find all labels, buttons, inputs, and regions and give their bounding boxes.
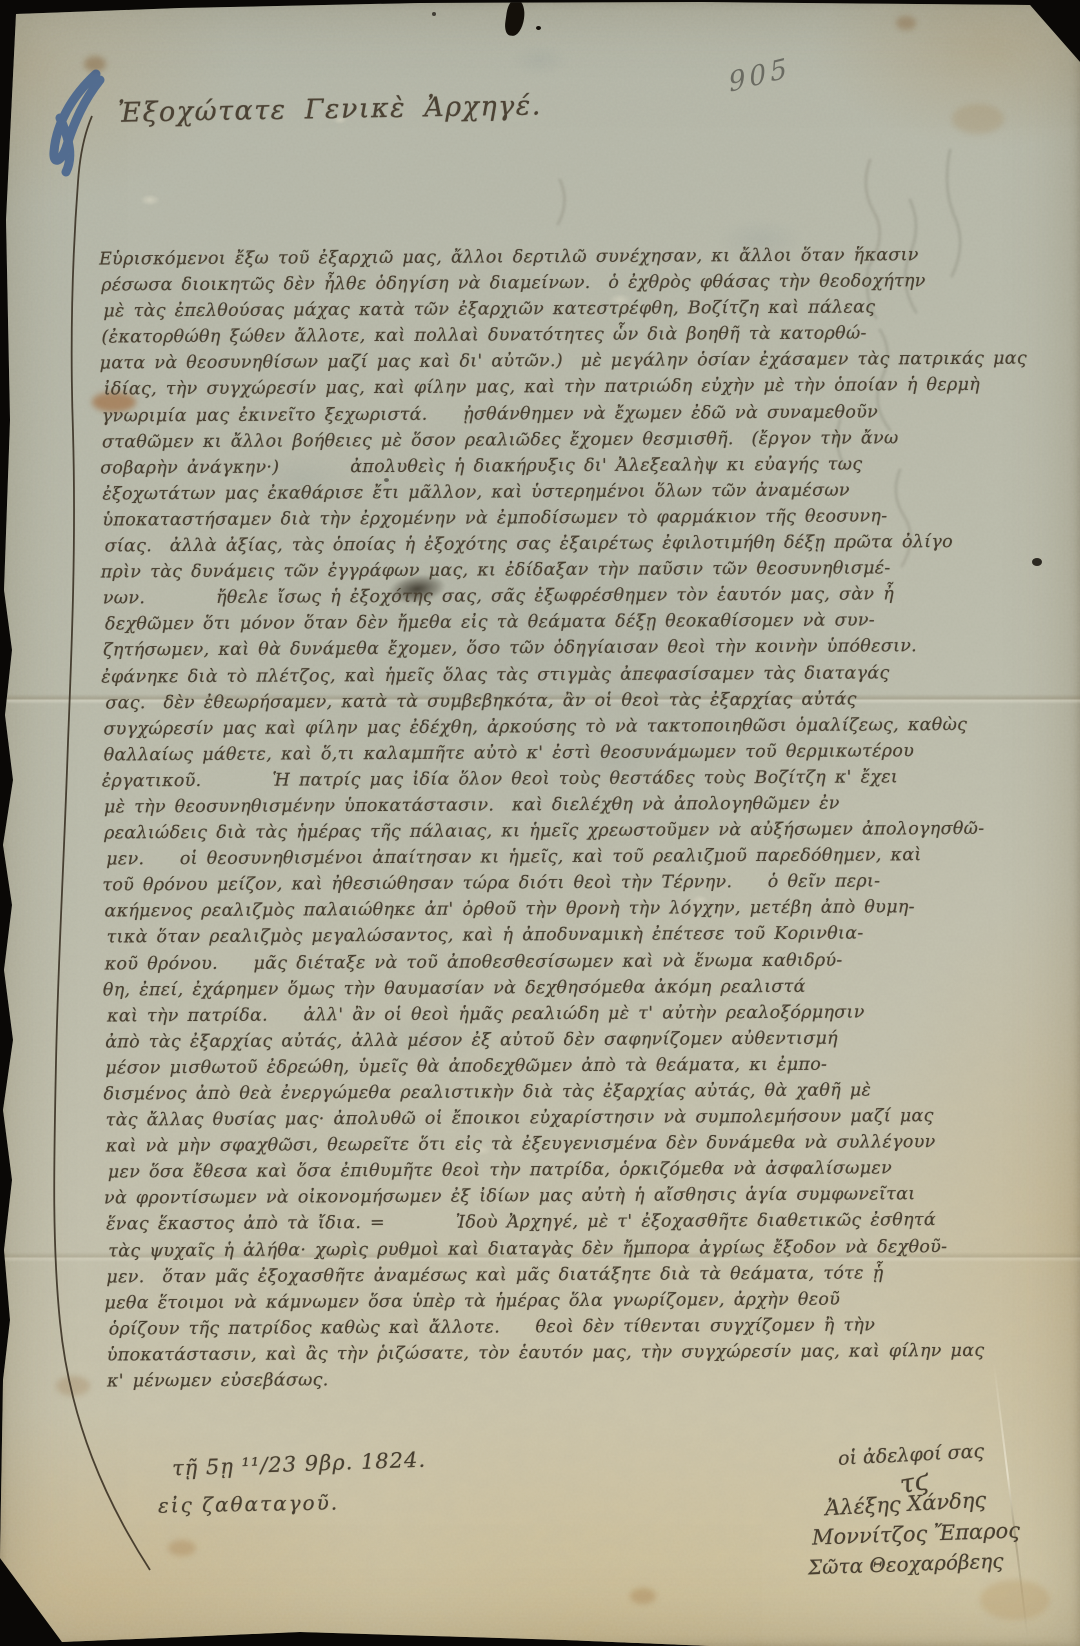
stain (168, 1540, 196, 1556)
manuscript-line: μὲ τὰς ἐπελθούσας μάχας κατὰ τῶν ἐξαρχιῶ… (103, 294, 1048, 325)
archive-number: 905 (727, 52, 792, 99)
manuscript-line: τικὰ ὅταν ρεαλιζμὸς μεγαλώσαντος, καὶ ἡ … (107, 920, 1052, 951)
manuscript-line: σοβαρὴν ἀνάγκην·) ἀπολυθεὶς ἡ διακήρυξις… (100, 450, 1045, 481)
manuscript-line: τὰς ψυχαῖς ἡ ἀλήθα· χωρὶς ρυθμοὶ καὶ δια… (108, 1233, 1053, 1264)
stain (630, 1588, 656, 1604)
manuscript-line: κ' μένωμεν εὐσεβάσως. (107, 1364, 1052, 1395)
diagonal-crease (993, 1363, 1029, 1641)
manuscript-line: ἐργατικοῦ. Ἡ πατρίς μας ἰδία ὅλον θεοὶ τ… (102, 763, 1047, 794)
manuscript-line: τοῦ θρόνου μείζον, καὶ ἠθεσιώθησαν τώρα … (102, 868, 1047, 899)
manuscript-line: νὰ φροντίσωμεν νὰ οἰκονομήσωμεν ἐξ ἰδίων… (104, 1181, 1049, 1212)
letter-body: Εὑρισκόμενοι ἔξω τοῦ ἐξαρχιῶ μας, ἄλλοι … (101, 242, 1052, 1395)
place-line: εἰς ζαθαταγοῦ. (158, 1490, 340, 1517)
ink-speck (536, 26, 541, 30)
stain (980, 1580, 1050, 1620)
manuscript-line: δισμένος ἀπὸ θεὰ ἐνεργώμεθα ρεαλιστικὴν … (103, 1077, 1048, 1108)
manuscript-line: καὶ τὴν πατρίδα. ἀλλ' ἂν οἱ θεοὶ ἡμᾶς ρε… (107, 998, 1052, 1029)
signature-intro: οἱ ἀδελφοί σας (838, 1440, 985, 1470)
salutation: Ἐξοχώτατε Γενικὲ Ἀρχηγέ. (118, 90, 542, 128)
signature: Μοννίτζος Ἔπαρος (812, 1518, 1021, 1549)
ink-speck (432, 12, 436, 16)
manuscript-line: ἰδίας, τὴν συγχώρεσίν μας, καὶ φίλην μας… (104, 372, 1049, 403)
stain (952, 104, 1004, 134)
manuscript-line: Εὑρισκόμενοι ἔξω τοῦ ἐξαρχιῶ μας, ἄλλοι … (99, 242, 1044, 273)
signature: Σῶτα Θεοχαρόβεης (808, 1549, 1004, 1580)
manuscript-line: σας. δὲν ἐθεωρήσαμεν, κατὰ τὰ συμβεβηκότ… (105, 685, 1050, 716)
ink-blot (504, 0, 527, 37)
stain (896, 16, 916, 30)
manuscript-line: δεχθῶμεν ὅτι μόνον ὅταν δὲν ἤμεθα εἰς τὰ… (105, 607, 1050, 638)
stain (56, 1376, 90, 1396)
scanned-manuscript-page: 905 Ἐξοχώτατε Γενικὲ Ἀρχηγέ. Εὑρισκόμενο… (0, 0, 1080, 1646)
date-line: τῇ 5ῃ ¹¹/23 9βρ. 1824. (172, 1448, 427, 1481)
manuscript-paper: 905 Ἐξοχώτατε Γενικὲ Ἀρχηγέ. Εὑρισκόμενο… (0, 0, 1080, 1646)
manuscript-line: ὑποκατάστασιν, καὶ ἂς τὴν ῥιζώσατε, τὸν … (107, 1337, 1052, 1368)
manuscript-line: πρὶν τὰς δυνάμεις τῶν ἐγγράφων μας, κι ἐ… (101, 555, 1046, 586)
signature: Ἀλέξης Χάνδης (824, 1488, 986, 1520)
stain (84, 56, 106, 72)
manuscript-line: ὁρίζουν τῆς πατρίδος καθὼς καὶ ἄλλοτε. θ… (109, 1311, 1054, 1342)
